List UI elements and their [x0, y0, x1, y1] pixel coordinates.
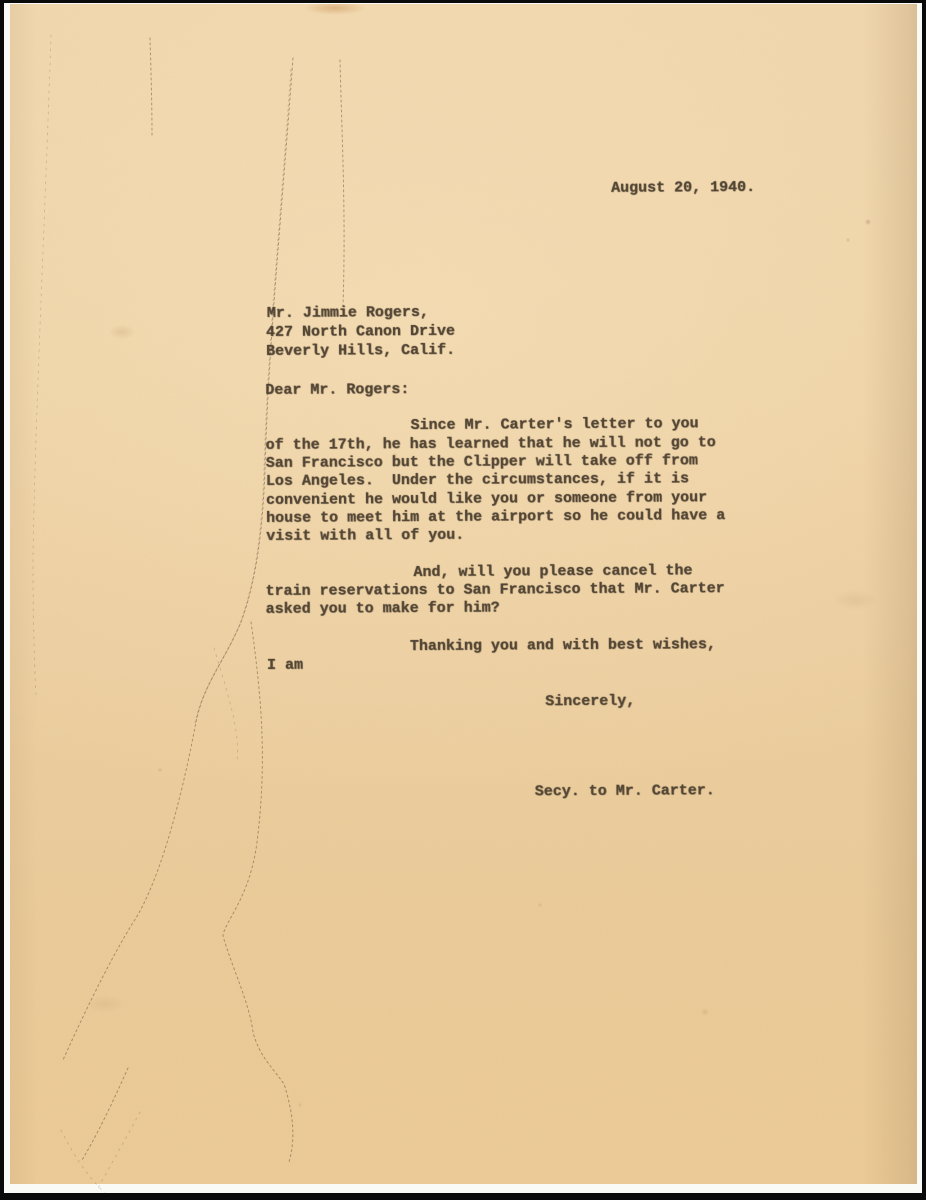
body-line: train reservations to San Francisco that…	[266, 580, 725, 600]
recipient-street-line: 427 North Canon Drive	[266, 323, 455, 341]
letter-text: August 20, 1940. Mr. Jimmie Rogers, 427 …	[0, 0, 926, 1200]
date-line: August 20, 1940.	[611, 179, 755, 197]
body-line: Los Angeles. Under the circumstances, if…	[266, 470, 689, 490]
body-line: house to meet him at the airport so he c…	[266, 507, 725, 527]
body-line: of the 17th, he has learned that he will…	[266, 434, 716, 454]
recipient-city-line: Beverly Hills, Calif.	[266, 342, 455, 360]
body-line: Since Mr. Carter's letter to you	[410, 415, 698, 434]
recipient-name-line: Mr. Jimmie Rogers,	[267, 304, 429, 322]
body-line: San Francisco but the Clipper will take …	[266, 452, 698, 472]
body-line: And, will you please cancel the	[413, 562, 692, 581]
body-line: visit with all of you.	[266, 527, 464, 545]
body-line: convenient he would like you or someone …	[266, 489, 707, 509]
valediction-line: Sincerely,	[545, 693, 635, 711]
closing-line: Thanking you and with best wishes,	[410, 636, 716, 655]
signature-line: Secy. to Mr. Carter.	[535, 782, 715, 800]
scanned-letter-page: August 20, 1940. Mr. Jimmie Rogers, 427 …	[0, 0, 926, 1200]
salutation-line: Dear Mr. Rogers:	[265, 381, 409, 399]
body-line: asked you to make for him?	[266, 600, 500, 618]
closing-line: I am	[267, 657, 303, 674]
